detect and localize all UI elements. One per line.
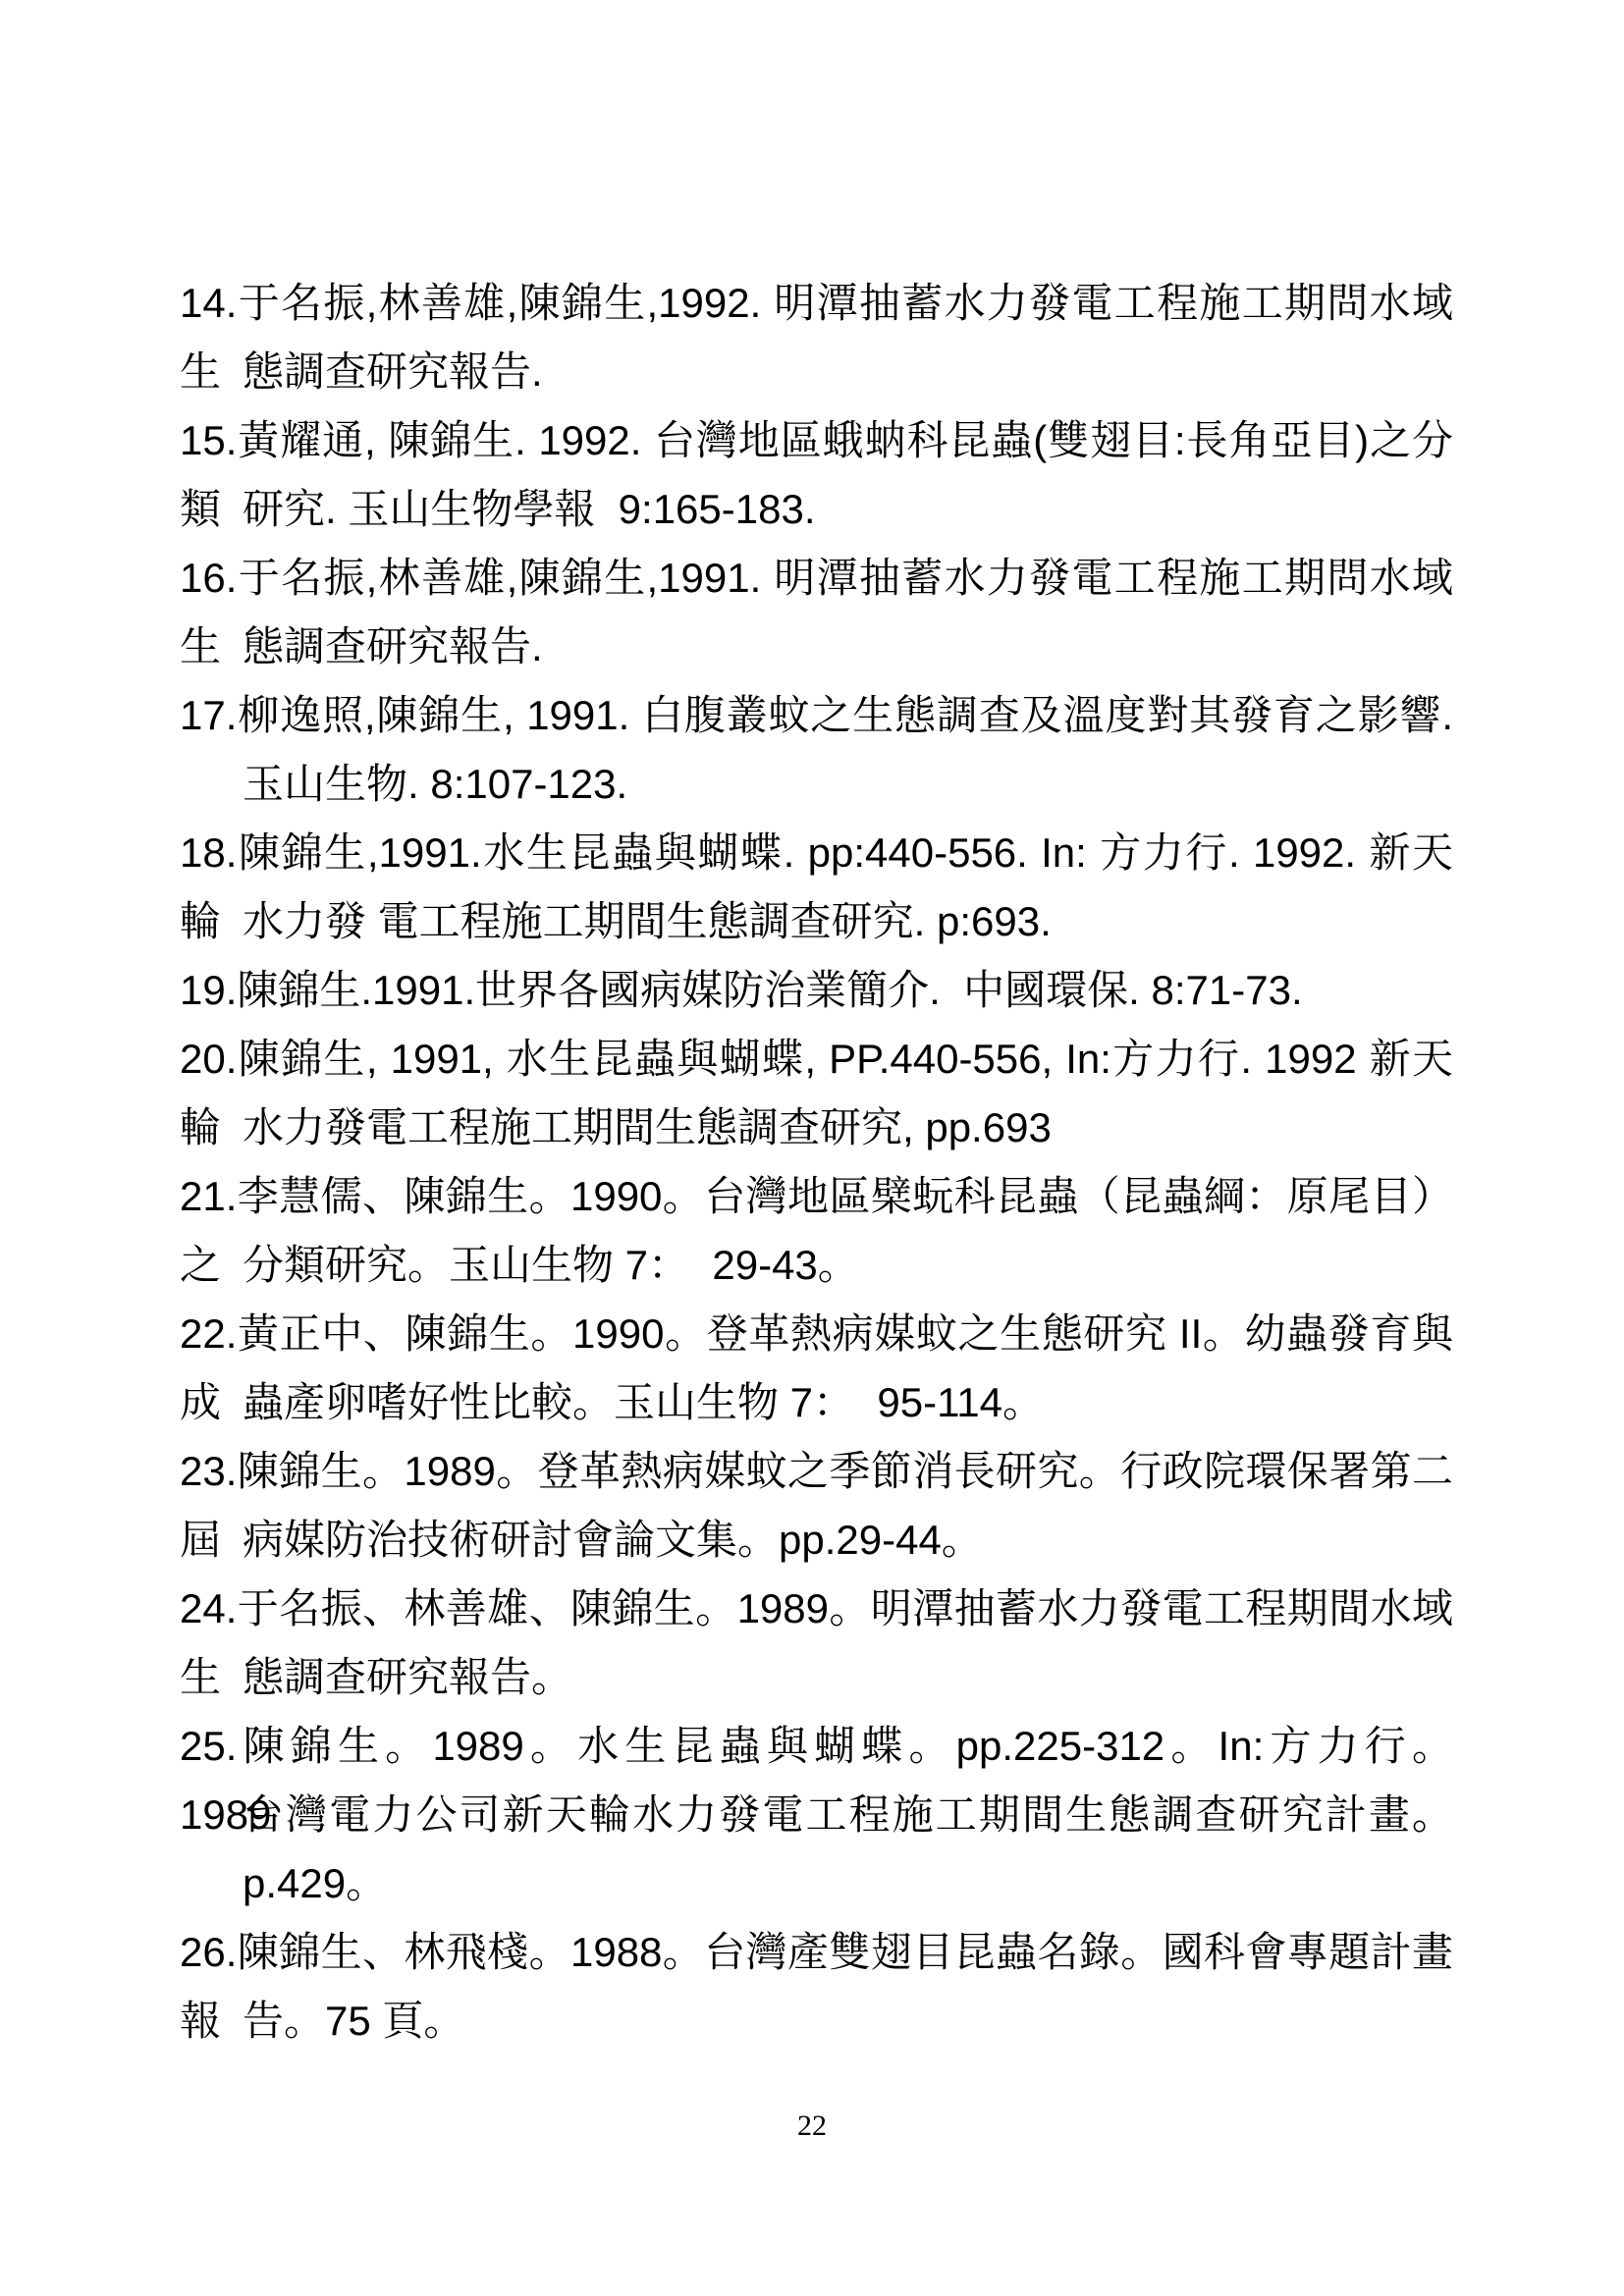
reference-line: 19.陳錦生.1991.世界各國病媒防治業簡介. 中國環保. 8:71-73. xyxy=(180,956,1453,1025)
reference-entry-21: 21.李慧儒、陳錦生。1990。台灣地區檗蚖科昆蟲（昆蟲綱：原尾目）之 分類研究… xyxy=(0,1162,1624,1300)
reference-line: 病媒防治技術研討會論文集。pp.29-44。 xyxy=(243,1506,1453,1575)
reference-line: 水力發電工程施工期間生態調查研究, pp.693 xyxy=(243,1094,1453,1162)
reference-line: 18.陳錦生,1991.水生昆蟲與蝴蝶. pp:440-556. In: 方力行… xyxy=(180,819,1453,887)
reference-line: 蟲產卵嗜好性比較。玉山生物 7： 95-114。 xyxy=(243,1368,1453,1437)
reference-line: 21.李慧儒、陳錦生。1990。台灣地區檗蚖科昆蟲（昆蟲綱：原尾目）之 xyxy=(180,1162,1453,1231)
reference-line: p.429。 xyxy=(243,1849,1453,1918)
reference-line: 16.于名振,林善雄,陳錦生,1991. 明潭抽蓄水力發電工程施工期問水域生 xyxy=(180,544,1453,613)
reference-line: 告。75 頁。 xyxy=(243,1987,1453,2056)
reference-entry-25: 25.陳錦生。1989。水生昆蟲與蝴蝶。pp.225-312。In:方力行。19… xyxy=(0,1712,1624,1918)
reference-entry-22: 22.黃正中、陳錦生。1990。登革熱病媒蚊之生態研究 II。幼蟲發育與成 蟲產… xyxy=(0,1300,1624,1437)
reference-line: 17.柳逸照,陳錦生, 1991. 白腹叢蚊之生態調查及溫度對其發育之影響. xyxy=(180,681,1453,750)
reference-entry-16: 16.于名振,林善雄,陳錦生,1991. 明潭抽蓄水力發電工程施工期問水域生 態… xyxy=(0,544,1624,681)
reference-line: 態調查研究報告. xyxy=(243,613,1453,681)
reference-line: 26.陳錦生、林飛棧。1988。台灣產雙翅目昆蟲名錄。國科會專題計畫報 xyxy=(180,1918,1453,1987)
reference-entry-26: 26.陳錦生、林飛棧。1988。台灣產雙翅目昆蟲名錄。國科會專題計畫報 告。75… xyxy=(0,1918,1624,2056)
reference-line: 分類研究。玉山生物 7： 29-43。 xyxy=(243,1231,1453,1300)
reference-entry-19: 19.陳錦生.1991.世界各國病媒防治業簡介. 中國環保. 8:71-73. xyxy=(0,956,1624,1025)
reference-entry-17: 17.柳逸照,陳錦生, 1991. 白腹叢蚊之生態調查及溫度對其發育之影響. 玉… xyxy=(0,681,1624,819)
reference-line: 15.黃耀通, 陳錦生. 1992. 台灣地區蛾蚋科昆蟲(雙翅目:長角亞目)之分… xyxy=(180,406,1453,475)
reference-entry-20: 20.陳錦生, 1991, 水生昆蟲與蝴蝶, PP.440-556, In:方力… xyxy=(0,1025,1624,1162)
reference-entry-24: 24.于名振、林善雄、陳錦生。1989。明潭抽蓄水力發電工程期間水域生 態調查研… xyxy=(0,1575,1624,1712)
reference-line: 水力發 電工程施工期間生態調查研究. p:693. xyxy=(243,887,1453,956)
reference-line: 20.陳錦生, 1991, 水生昆蟲與蝴蝶, PP.440-556, In:方力… xyxy=(180,1025,1453,1094)
reference-line: 態調查研究報告。 xyxy=(243,1643,1453,1712)
reference-line: 台灣電力公司新天輪水力發電工程施工期間生態調查研究計畫。 xyxy=(243,1781,1453,1849)
reference-entry-14: 14.于名振,林善雄,陳錦生,1992. 明潭抽蓄水力發電工程施工期問水域生 態… xyxy=(0,269,1624,406)
reference-line: 22.黃正中、陳錦生。1990。登革熱病媒蚊之生態研究 II。幼蟲發育與成 xyxy=(180,1300,1453,1368)
reference-entry-18: 18.陳錦生,1991.水生昆蟲與蝴蝶. pp:440-556. In: 方力行… xyxy=(0,819,1624,956)
reference-line: 24.于名振、林善雄、陳錦生。1989。明潭抽蓄水力發電工程期間水域生 xyxy=(180,1575,1453,1643)
reference-line: 23.陳錦生。1989。登革熱病媒蚊之季節消長研究。行政院環保署第二屆 xyxy=(180,1437,1453,1506)
reference-line: 研究. 玉山生物學報 9:165-183. xyxy=(243,475,1453,544)
document-page: 14.于名振,林善雄,陳錦生,1992. 明潭抽蓄水力發電工程施工期問水域生 態… xyxy=(0,0,1624,2296)
page-number: 22 xyxy=(0,2107,1624,2146)
reference-line: 25.陳錦生。1989。水生昆蟲與蝴蝶。pp.225-312。In:方力行。19… xyxy=(180,1712,1453,1781)
reference-line: 玉山生物. 8:107-123. xyxy=(243,750,1453,819)
reference-list: 14.于名振,林善雄,陳錦生,1992. 明潭抽蓄水力發電工程施工期問水域生 態… xyxy=(0,269,1624,2056)
reference-entry-23: 23.陳錦生。1989。登革熱病媒蚊之季節消長研究。行政院環保署第二屆 病媒防治… xyxy=(0,1437,1624,1575)
reference-entry-15: 15.黃耀通, 陳錦生. 1992. 台灣地區蛾蚋科昆蟲(雙翅目:長角亞目)之分… xyxy=(0,406,1624,544)
reference-line: 態調查研究報告. xyxy=(243,338,1453,406)
reference-line: 14.于名振,林善雄,陳錦生,1992. 明潭抽蓄水力發電工程施工期問水域生 xyxy=(180,269,1453,338)
